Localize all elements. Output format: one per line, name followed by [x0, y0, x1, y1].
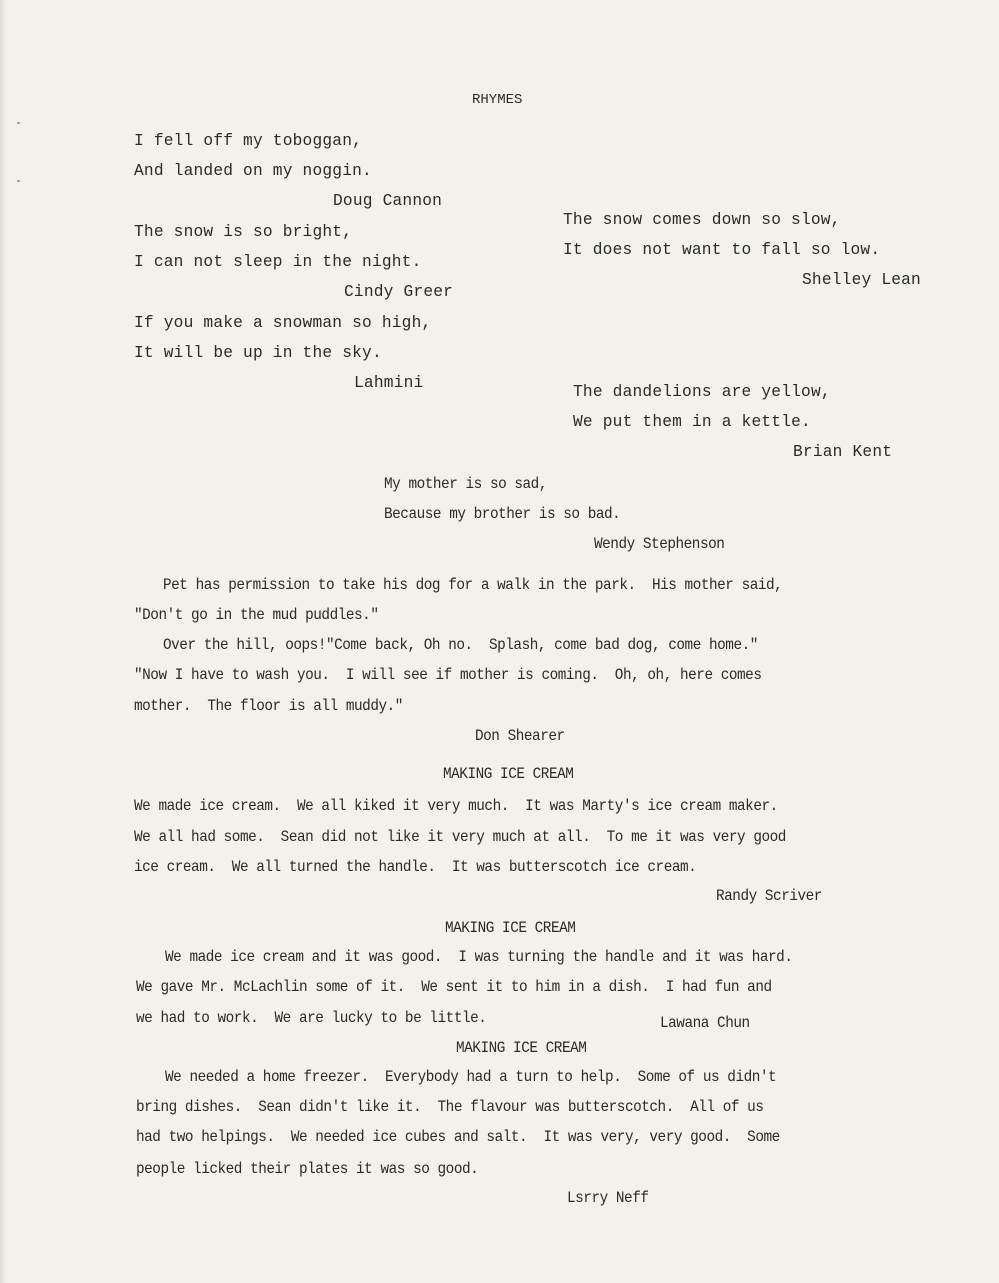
punch-mark: [17, 180, 20, 182]
page-title: RHYMES: [472, 90, 522, 110]
rhyme-line: We put them in a kettle.: [573, 412, 811, 432]
story-line: mother. The floor is all muddy.": [134, 696, 403, 716]
essay-heading: MAKING ICE CREAM: [445, 918, 575, 938]
story-line: Over the hill, oops!"Come back, Oh no. S…: [163, 635, 758, 655]
rhyme-line: It will be up in the sky.: [134, 343, 382, 363]
essay-line: We all had some. Sean did not like it ve…: [134, 827, 786, 847]
rhyme-line: The snow comes down so slow,: [563, 210, 841, 230]
rhyme-author: Doug Cannon: [333, 191, 442, 211]
essay-line: had two helpings. We needed ice cubes an…: [136, 1127, 780, 1147]
rhyme-line: My mother is so sad,: [384, 474, 547, 494]
punch-mark: [17, 122, 20, 124]
rhyme-line: I fell off my toboggan,: [134, 131, 362, 151]
rhyme-line: And landed on my noggin.: [134, 161, 372, 181]
essay-author: Randy Scriver: [716, 886, 822, 906]
rhyme-author: Cindy Greer: [344, 282, 453, 302]
rhyme-author: Wendy Stephenson: [594, 534, 724, 554]
rhyme-author: Shelley Lean: [802, 270, 921, 290]
essay-line: We needed a home freezer. Everybody had …: [165, 1067, 776, 1087]
essay-heading: MAKING ICE CREAM: [456, 1038, 586, 1058]
essay-author: Lawana Chun: [660, 1013, 750, 1033]
story-line: "Don't go in the mud puddles.": [134, 605, 378, 625]
essay-line: We made ice cream and it was good. I was…: [165, 947, 792, 967]
essay-line: bring dishes. Sean didn't like it. The f…: [136, 1097, 763, 1117]
essay-line: we had to work. We are lucky to be littl…: [136, 1008, 486, 1028]
essay-line: We gave Mr. McLachlin some of it. We sen…: [136, 977, 772, 997]
rhyme-line: Because my brother is so bad.: [384, 504, 620, 524]
story-line: Pet has permission to take his dog for a…: [163, 575, 782, 595]
rhyme-author: Brian Kent: [793, 442, 892, 462]
story-author: Don Shearer: [475, 726, 565, 746]
essay-heading: MAKING ICE CREAM: [443, 764, 573, 784]
rhyme-line: It does not want to fall so low.: [563, 240, 880, 260]
paper-edge: [0, 0, 6, 1283]
rhyme-author: Lahmini: [354, 373, 423, 393]
rhyme-line: The dandelions are yellow,: [573, 382, 831, 402]
essay-line: We made ice cream. We all kiked it very …: [134, 796, 778, 816]
rhyme-line: The snow is so bright,: [134, 222, 352, 242]
rhyme-line: If you make a snowman so high,: [134, 313, 431, 333]
story-line: "Now I have to wash you. I will see if m…: [134, 665, 761, 685]
essay-author: Lsrry Neff: [567, 1188, 648, 1208]
rhyme-line: I can not sleep in the night.: [134, 252, 422, 272]
essay-line: people licked their plates it was so goo…: [136, 1159, 478, 1179]
essay-line: ice cream. We all turned the handle. It …: [134, 857, 696, 877]
